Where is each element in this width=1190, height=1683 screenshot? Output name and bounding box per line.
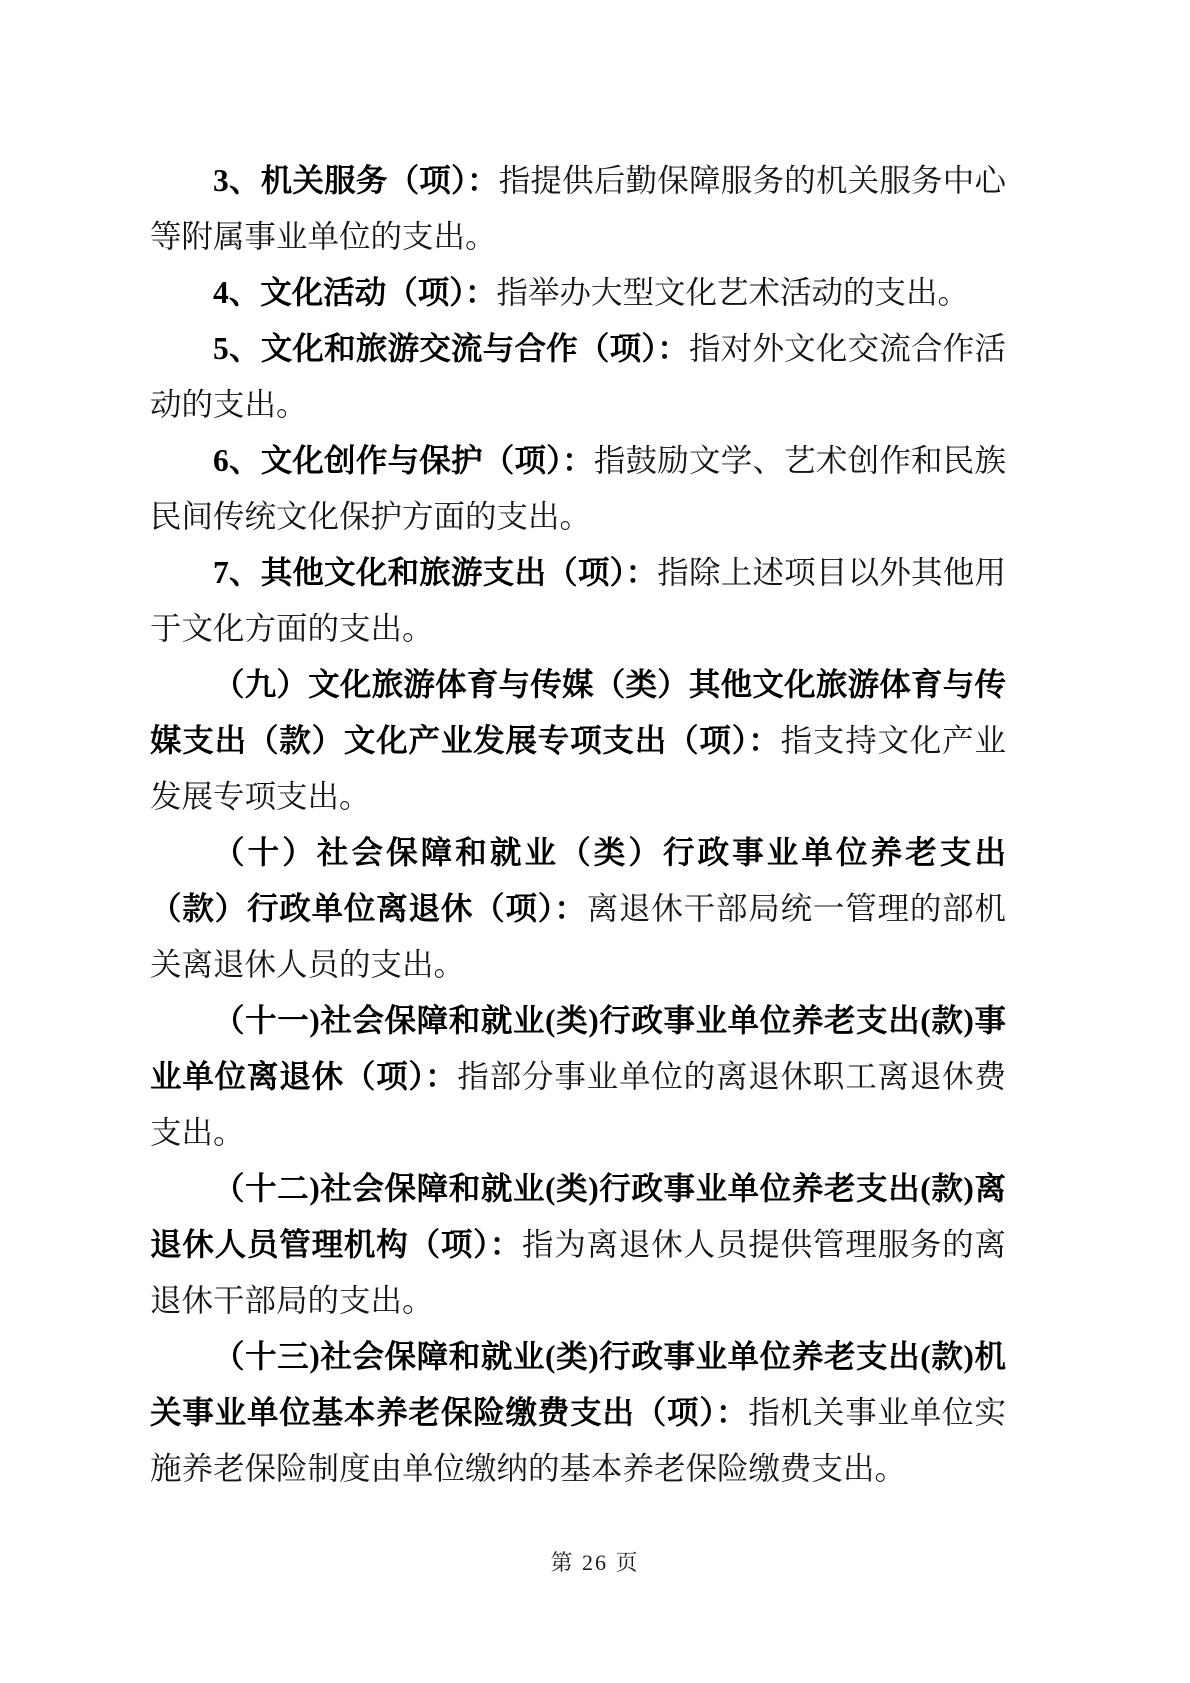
para-9-cultural-industry-special: （九）文化旅游体育与传媒（类）其他文化旅游体育与传媒支出（款）文化产业发展专项支… — [150, 657, 1006, 825]
para-7-other-culture-tourism: 7、其他文化和旅游支出（项）：指除上述项目以外其他用于文化方面的支出。 — [150, 545, 1006, 657]
para-13-basic-pension-contribution: （十三)社会保障和就业(类)行政事业单位养老支出(款)机关事业单位基本养老保险缴… — [150, 1329, 1006, 1497]
para-body: 指举办大型文化艺术活动的支出。 — [497, 275, 970, 310]
para-5-culture-tourism-exchange: 5、文化和旅游交流与合作（项）：指对外文化交流合作活动的支出。 — [150, 321, 1006, 433]
para-6-cultural-creation-protection: 6、文化创作与保护（项）：指鼓励文学、艺术创作和民族民间传统文化保护方面的支出。 — [150, 433, 1006, 545]
page-number-label: 第 26 页 — [550, 1550, 639, 1575]
para-12-retiree-management-agency: （十二)社会保障和就业(类)行政事业单位养老支出(款)离退休人员管理机构（项）：… — [150, 1161, 1006, 1329]
para-11-institution-retirement: （十一)社会保障和就业(类)行政事业单位养老支出(款)事业单位离退休（项）：指部… — [150, 993, 1006, 1161]
para-heading: 6、文化创作与保护（项）： — [213, 443, 594, 478]
para-heading: 5、文化和旅游交流与合作（项）： — [213, 331, 689, 366]
para-heading: 3、机关服务（项）： — [213, 163, 499, 198]
para-4-cultural-activities: 4、文化活动（项）：指举办大型文化艺术活动的支出。 — [150, 265, 1006, 321]
para-3-organ-services: 3、机关服务（项）：指提供后勤保障服务的机关服务中心等附属事业单位的支出。 — [150, 153, 1006, 265]
para-heading: 7、其他文化和旅游支出（项）： — [213, 555, 657, 590]
document-text-block: 3、机关服务（项）：指提供后勤保障服务的机关服务中心等附属事业单位的支出。 4、… — [150, 153, 1006, 1497]
para-10-admin-unit-retirement: （十）社会保障和就业（类）行政事业单位养老支出（款）行政单位离退休（项）：离退休… — [150, 825, 1006, 993]
page-footer: 第 26 页 — [0, 1548, 1190, 1578]
para-heading: 4、文化活动（项）： — [213, 275, 497, 310]
document-page: 3、机关服务（项）：指提供后勤保障服务的机关服务中心等附属事业单位的支出。 4、… — [0, 0, 1190, 1683]
